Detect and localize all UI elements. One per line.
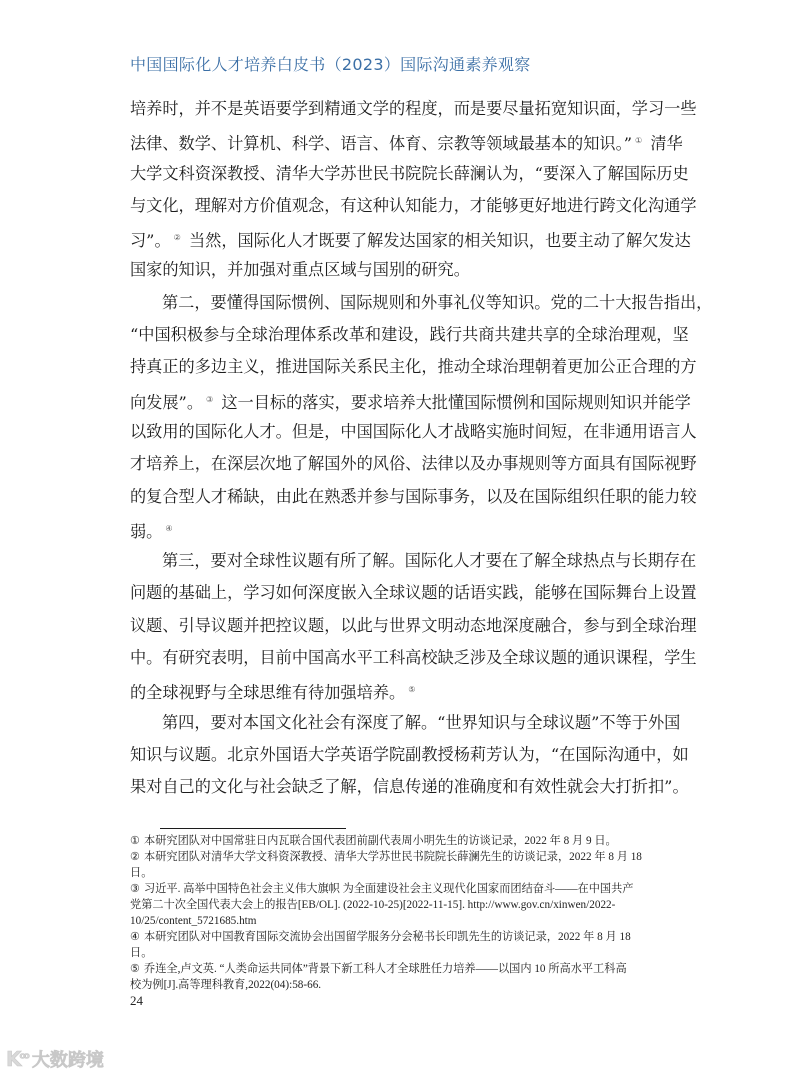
body-text: 培养时，并不是英语要学到精通文学的程度，而是要尽量拓宽知识面，学习一些法律、数学… [130,93,667,804]
footnote-reference[interactable]: ① [635,136,642,145]
body-line: 向发展”。③ 这一目标的落实，要求培养大批懂国际惯例和国际规则知识并能学 [130,384,667,416]
footnote-reference[interactable]: ③ [206,395,213,404]
footnote-mark: ① [130,835,140,847]
body-line: 与文化，理解对方价值观念，有这种认知能力，才能够更好地进行跨文化沟通学 [130,190,667,222]
footnote-line: 10/25/content_5721685.htm [130,913,667,929]
footnote-divider [160,828,346,829]
body-line: 的全球视野与全球思维有待加强培养。⑤ [130,674,667,706]
body-line: 法律、数学、计算机、科学、语言、体育、宗教等领域最基本的知识。”① 清华 [130,125,667,157]
footnote-line: 日。 [130,865,667,881]
footnote-mark: ② [130,851,140,863]
footnote-line: ⑤乔连全,卢文英. “人类命运共同体”背景下新工科人才全球胜任力培养——以国内 … [130,961,667,977]
footnote-line: 日。 [130,945,667,961]
watermark-text: 大数跨境 [32,1046,104,1072]
body-line: 议题、引导议题并把控议题，以此与世界文明动态地深度融合，参与到全球治理 [130,610,667,642]
body-line: 才培养上，在深层次地了解国外的风俗、法律以及办事规则等方面具有国际视野 [130,448,667,480]
running-header: 中国国际化人才培养白皮书（2023）国际沟通素养观察 [130,52,531,75]
body-line: 第四，要对本国文化社会有深度了解。“世界知识与全球议题”不等于外国 [130,707,667,739]
body-line: 第二，要懂得国际惯例、国际规则和外事礼仪等知识。党的二十大报告指出， [130,287,667,319]
body-line: 知识与议题。北京外国语大学英语学院副教授杨莉芳认为，“在国际沟通中，如 [130,739,667,771]
body-line: 弱。④ [130,513,667,545]
body-line: “中国积极参与全球治理体系改革和建设，践行共商共建共享的全球治理观，坚 [130,319,667,351]
footnote-line: ①本研究团队对中国常驻日内瓦联合国代表团前副代表周小明先生的访谈记录，2022 … [130,833,667,849]
watermark-logo-icon: Koo [6,1047,28,1071]
body-line: 大学文科资深教授、清华大学苏世民书院院长薛澜认为，“要深入了解国际历史 [130,158,667,190]
body-line: 第三，要对全球性议题有所了解。国际化人才要在了解全球热点与长期存在 [130,545,667,577]
body-line: 培养时，并不是英语要学到精通文学的程度，而是要尽量拓宽知识面，学习一些 [130,93,667,125]
footnote-reference[interactable]: ② [174,233,181,242]
footnote-mark: ⑤ [130,963,140,975]
footnote-line: 党第二十次全国代表大会上的报告[EB/OL]. (2022-10-25)[202… [130,897,667,913]
footnotes: ①本研究团队对中国常驻日内瓦联合国代表团前副代表周小明先生的访谈记录，2022 … [130,833,667,993]
body-line: 习”。② 当然，国际化人才既要了解发达国家的相关知识，也要主动了解欠发达 [130,222,667,254]
page-number: 24 [130,993,143,1009]
footnote-mark: ③ [130,883,140,895]
footnote-reference[interactable]: ④ [165,524,172,533]
footnote-line: ④本研究团队对中国教育国际交流协会出国留学服务分会秘书长印凯先生的访谈记录，20… [130,929,667,945]
footnote-line: ③习近平. 高举中国特色社会主义伟大旗帜 为全面建设社会主义现代化国家而团结奋斗… [130,881,667,897]
body-line: 持真正的多边主义，推进国际关系民主化，推动全球治理朝着更加公正合理的方 [130,351,667,383]
footnote-reference[interactable]: ⑤ [408,685,415,694]
footnote-mark: ④ [130,931,140,943]
watermark: Koo 大数跨境 [6,1046,104,1072]
body-line: 国家的知识，并加强对重点区域与国别的研究。 [130,254,667,286]
body-line: 的复合型人才稀缺，由此在熟悉并参与国际事务，以及在国际组织任职的能力较 [130,481,667,513]
body-line: 以致用的国际化人才。但是，中国国际化人才战略实施时间短，在非通用语言人 [130,416,667,448]
body-line: 果对自己的文化与社会缺乏了解，信息传递的准确度和有效性就会大打折扣”。 [130,771,667,803]
footnote-line: 校为例[J].高等理科教育,2022(04):58-66. [130,977,667,993]
body-line: 中。有研究表明，目前中国高水平工科高校缺乏涉及全球议题的通识课程，学生 [130,642,667,674]
body-line: 问题的基础上，学习如何深度嵌入全球议题的话语实践，能够在国际舞台上设置 [130,577,667,609]
footnote-line: ②本研究团队对清华大学文科资深教授、清华大学苏世民书院院长薛澜先生的访谈记录，2… [130,849,667,865]
